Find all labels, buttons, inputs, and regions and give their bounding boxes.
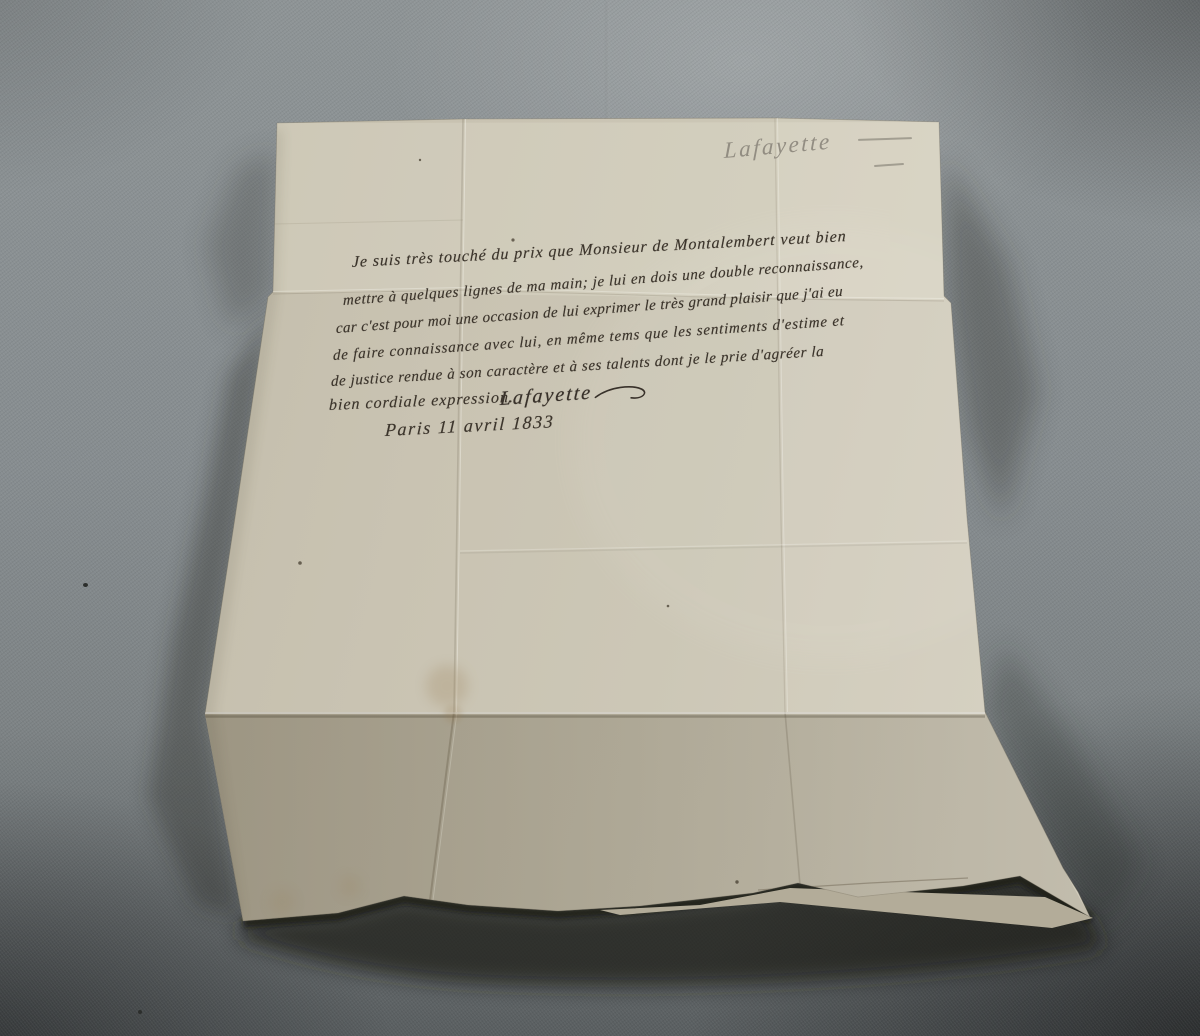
- signature-text: Lafayette: [499, 381, 593, 411]
- photograph-of-lafayette-letter: Je suis très touché du prix que Monsieur…: [0, 0, 1200, 1036]
- signature-flourish: [593, 381, 652, 405]
- pencil-annotation: Lafayette: [724, 129, 832, 165]
- dateline: Paris 11 avril 1833: [384, 411, 554, 441]
- manuscript-text: Je suis très touché du prix que Monsieur…: [0, 0, 1200, 1036]
- letter-line: bien cordiale expression.: [329, 389, 514, 415]
- signature: Lafayette: [499, 375, 653, 412]
- pencil-stroke: [858, 137, 912, 141]
- pencil-stroke: [874, 163, 904, 167]
